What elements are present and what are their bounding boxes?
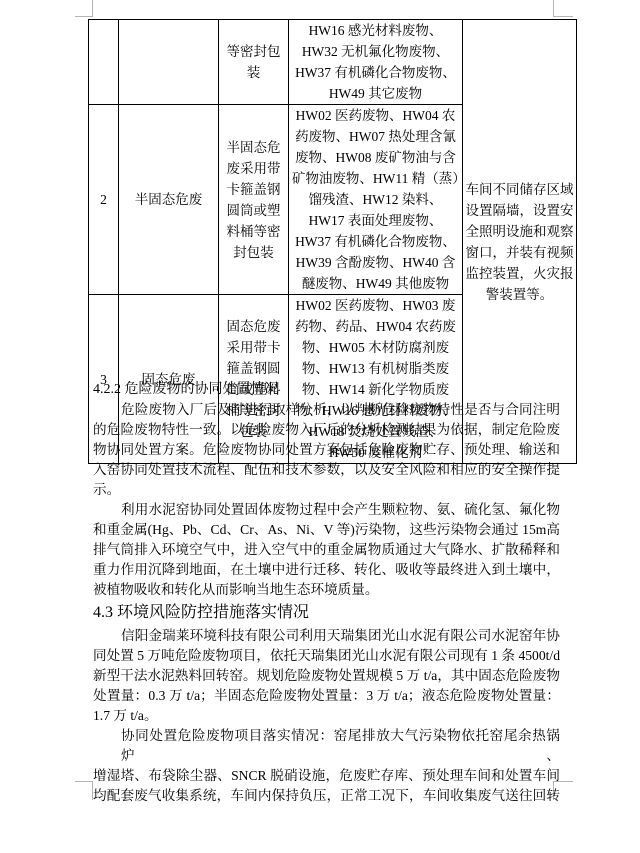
paragraph-line: 入窑协同处置技术流程、配伍和技术参数，以及安全风险和相应的安全操作提 [93,460,560,480]
paragraph-2: 利用水泥窑协同处置固体废物过程中会产生颗粒物、氨、硫化氢、氟化物 和重金属(Hg… [93,500,560,600]
paragraph-line: 的危险废物特性一致。以危险废物入厂后的分析检测结果为依据，制定危险废 [93,420,560,440]
packaging-cell: 等密封包装 [219,20,289,105]
category-cell [119,20,219,105]
paragraph-line: 和重金属(Hg、Pb、Cd、Cr、As、Ni、V 等)污染物，这些污染物会通过 … [93,520,560,540]
paragraph-line: 示。 [93,480,560,500]
codes-cell: HW16 感光材料废物、HW32 无机氟化物废物、HW37 有机磷化合物废物、H… [289,20,463,105]
paragraph-line: 新型干法水泥熟料回转窑。规划危险废物处置规模 5 万 t/a，其中固态危险废物 [93,666,560,686]
crop-mark-top-right [553,0,573,17]
paragraph-line: 重力作用沉降到地面，在土壤中进行迁移、转化、吸收等最终进入到土壤中， [93,560,560,580]
paragraph-4: 协同处置危险废物项目落实情况：窑尾排放大气污染物依托窑尾余热锅炉、 增湿塔、布袋… [93,726,560,806]
body-text: 4.2.2 危险废物的协同处置情况 危险废物入厂后及时进行取样分析，以判断危险废… [93,380,560,806]
paragraph-line: 处置量：0.3 万 t/a；半固态危险废物处置量：3 万 t/a；液态危险废物处… [93,686,560,706]
section-heading-43: 4.3 环境风险防控措施落实情况 [93,600,560,626]
paragraph-line: 协同处置危险废物项目落实情况：窑尾排放大气污染物依托窑尾余热锅炉、 [93,726,560,766]
paragraph-3: 信阳金瑞莱环境科技有限公司利用天瑞集团光山水泥有限公司水泥窑年协 同处置 5 万… [93,626,560,726]
packaging-cell: 半固态危废采用带卡箍盖钢圆筒或塑料桶等密封包装 [219,105,289,295]
paragraph-line: 排气筒排入环境空气中，进入空气中的重金属物质通过大气降水、扩散稀释和 [93,540,560,560]
paragraph-line: 同处置 5 万吨危险废物项目，依托天瑞集团光山水泥有限公司现有 1 条 4500… [93,646,560,666]
paragraph-1: 危险废物入厂后及时进行取样分析，以判断危险废物特性是否与合同注明 的危险废物特性… [93,400,560,500]
crop-mark-top-left [75,0,93,17]
paragraph-line: 增湿塔、布袋除尘器、SNCR 脱硝设施，危废贮存库、预处理车间和处置车间 [93,766,560,786]
table-row-continued: 等密封包装 HW16 感光材料废物、HW32 无机氟化物废物、HW37 有机磷化… [89,20,577,105]
category-cell: 半固态危废 [119,105,219,295]
section-heading-422: 4.2.2 危险废物的协同处置情况 [93,380,560,400]
paragraph-line: 1.7 万 t/a。 [93,706,560,726]
row-number-cell: 2 [89,105,119,295]
paragraph-line: 物协同处置方案。危险废物协同处置方案包括危险废物贮存、预处理、输送和 [93,440,560,460]
paragraph-line: 危险废物入厂后及时进行取样分析，以判断危险废物特性是否与合同注明 [93,400,560,420]
paragraph-line: 信阳金瑞莱环境科技有限公司利用天瑞集团光山水泥有限公司水泥窑年协 [93,626,560,646]
paragraph-line: 均配套废气收集系统，车间内保持负压，正常工况下，车间收集废气送往回转 [93,786,560,806]
crop-mark-bottom-left [75,781,93,800]
row-number-cell [89,20,119,105]
paragraph-line: 被植物吸收和转化从而影响当地生态环境质量。 [93,580,560,600]
codes-cell: HW02 医药废物、HW04 农药废物、HW07 热处理含氰废物、HW08 废矿… [289,105,463,295]
document-page: 等密封包装 HW16 感光材料废物、HW32 无机氟化物废物、HW37 有机磷化… [0,0,640,853]
paragraph-line: 利用水泥窑协同处置固体废物过程中会产生颗粒物、氨、硫化氢、氟化物 [93,500,560,520]
